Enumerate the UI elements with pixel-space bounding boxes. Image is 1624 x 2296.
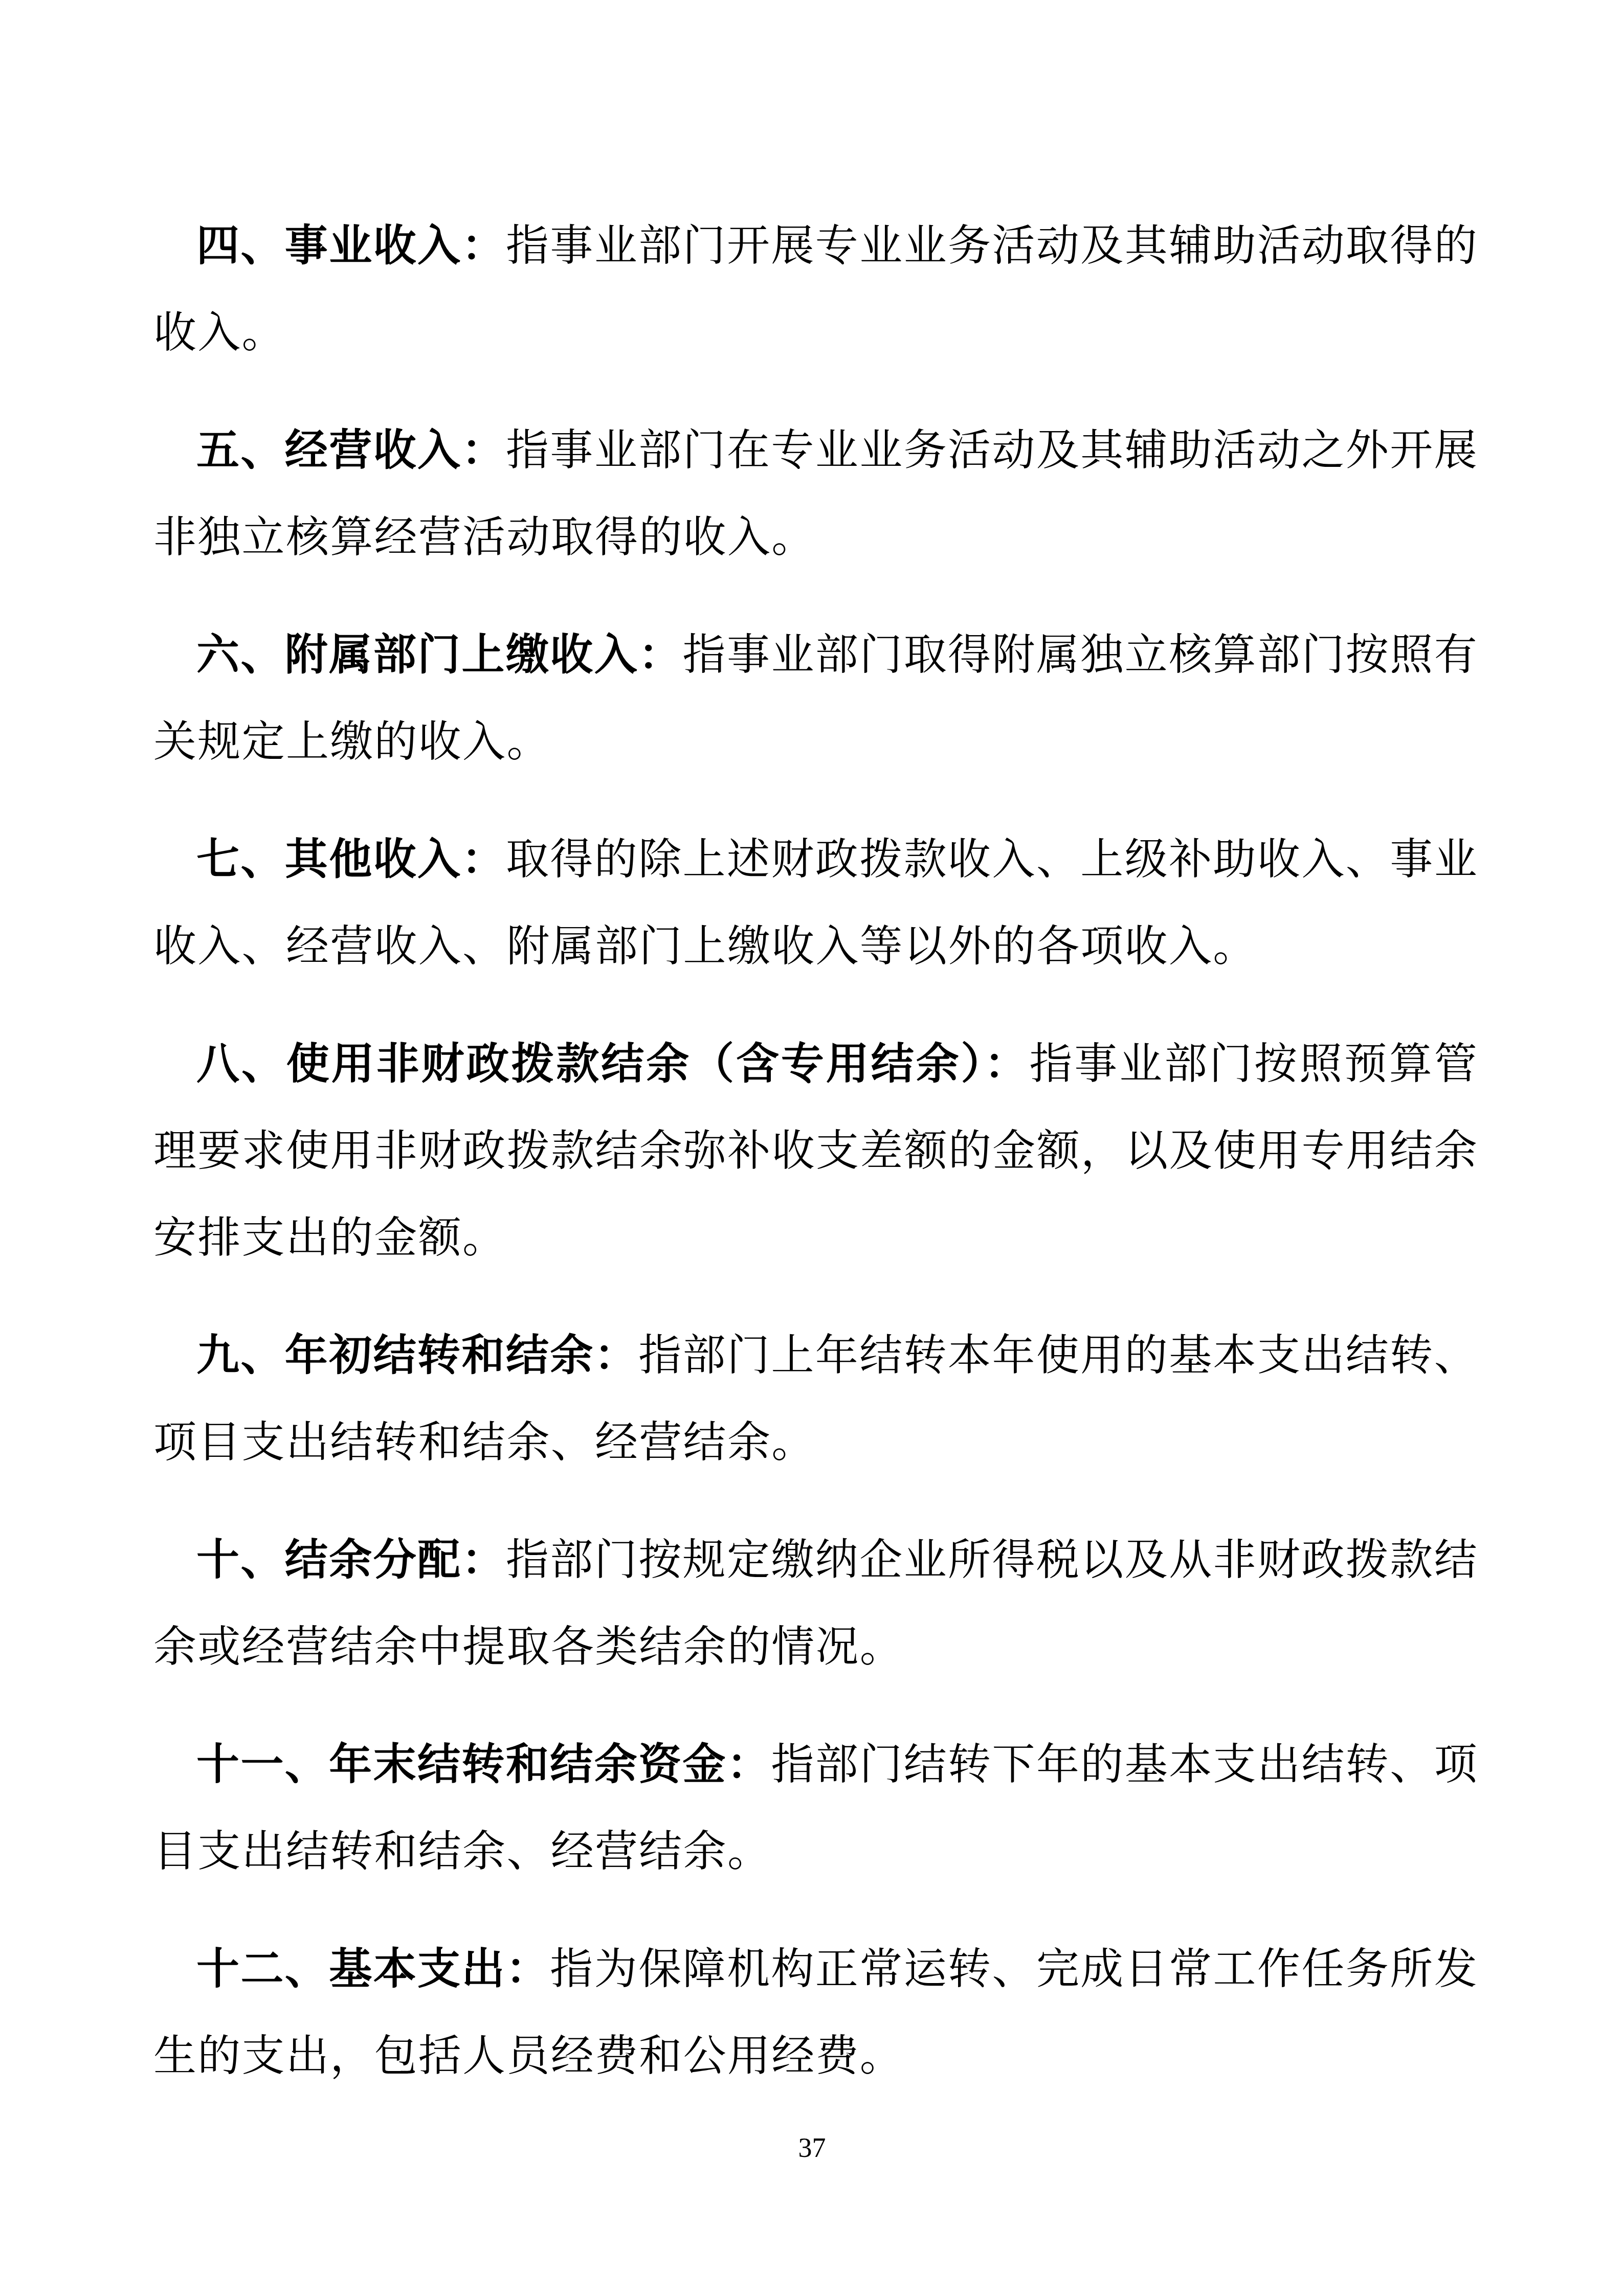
definition-paragraph: 八、使用非财政拨款结余（含专用结余）：指事业部门按照预算管理要求使用非财政拨款结…	[153, 1021, 1478, 1282]
definition-paragraph: 七、其他收入：取得的除上述财政拨款收入、上级补助收入、事业收入、经营收入、附属部…	[153, 817, 1478, 991]
definition-paragraph: 九、年初结转和结余：指部门上年结转本年使用的基本支出结转、项目支出结转和结余、经…	[153, 1313, 1478, 1487]
definition-term: 六、附属部门上缴收入：	[196, 632, 683, 679]
definition-term: 九、年初结转和结余：	[196, 1332, 638, 1380]
definition-term: 十、结余分配：	[196, 1537, 506, 1584]
page-number: 37	[0, 2127, 1624, 2168]
definition-term: 八、使用非财政拨款结余（含专用结余）：	[196, 1041, 1029, 1088]
definition-term: 十一、年末结转和结余资金：	[196, 1741, 771, 1789]
definition-term: 七、其他收入：	[196, 836, 506, 884]
definition-paragraph: 六、附属部门上缴收入：指事业部门取得附属独立核算部门按照有关规定上缴的收入。	[153, 612, 1478, 786]
definition-term: 十二、基本支出：	[196, 1946, 550, 1993]
definition-paragraph: 四、事业收入：指事业部门开展专业业务活动及其辅助活动取得的收入。	[153, 203, 1478, 377]
definition-paragraph: 十一、年末结转和结余资金：指部门结转下年的基本支出结转、项目支出结转和结余、经营…	[153, 1722, 1478, 1896]
definition-term: 四、事业收入：	[196, 222, 506, 270]
definition-paragraph: 十、结余分配：指部门按规定缴纳企业所得税以及从非财政拨款结余或经营结余中提取各类…	[153, 1517, 1478, 1691]
definition-paragraph: 十二、基本支出：指为保障机构正常运转、完成日常工作任务所发生的支出，包括人员经费…	[153, 1926, 1478, 2100]
definition-term: 五、经营收入：	[196, 427, 506, 475]
document-page: 四、事业收入：指事业部门开展专业业务活动及其辅助活动取得的收入。 五、经营收入：…	[0, 0, 1624, 2296]
document-body: 四、事业收入：指事业部门开展专业业务活动及其辅助活动取得的收入。 五、经营收入：…	[153, 203, 1478, 2131]
definition-paragraph: 五、经营收入：指事业部门在专业业务活动及其辅助活动之外开展非独立核算经营活动取得…	[153, 408, 1478, 581]
